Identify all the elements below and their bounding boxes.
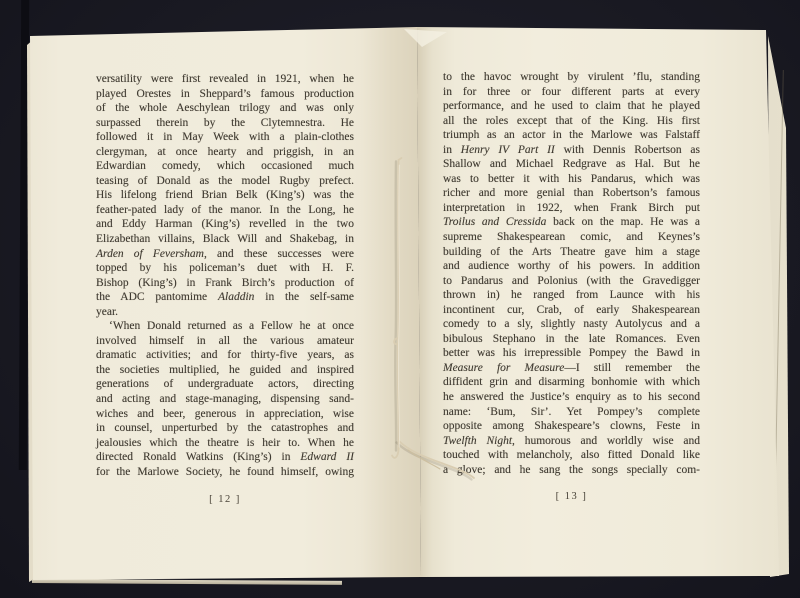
text-line: teasing of Donald as the model Rugby pre… bbox=[96, 174, 354, 189]
text-line: and audience worthy of his powers. In ad… bbox=[443, 259, 700, 274]
text-line: incontinent cur, Crab, of early Shakespe… bbox=[443, 303, 700, 318]
text-line: topped by his policeman’s duet with H. F… bbox=[96, 261, 354, 276]
text-line: directed Ronald Watkins (King’s) in Edwa… bbox=[96, 450, 354, 465]
text-line: to the havoc wrought by virulent ’flu, s… bbox=[443, 70, 700, 85]
text-line: and acting and stage-managing, dispensin… bbox=[96, 392, 354, 407]
text-line: of the whole Aeschylean trilogy and was … bbox=[96, 101, 354, 116]
text-line: involved himself in all the various amat… bbox=[96, 334, 354, 349]
text-line: year. bbox=[96, 305, 354, 320]
text-line: in for three or four different parts at … bbox=[443, 85, 700, 100]
text-line: all the roles except that of the King. H… bbox=[443, 114, 700, 129]
text-line: Bishop (King’s) in Frank Birch’s product… bbox=[96, 276, 354, 291]
text-line: the societies multiplied, he guided and … bbox=[96, 363, 354, 378]
right-page-number: [ 13 ] bbox=[443, 491, 700, 502]
text-line: feather-pated lady of the manor. In the … bbox=[96, 203, 354, 218]
left-page-text-column: versatility were first revealed in 1921,… bbox=[96, 72, 354, 479]
text-line: and Eddy Harman (King’s) revelled in the… bbox=[96, 217, 354, 232]
text-line: clergyman, at once hearty and priggish, … bbox=[96, 145, 354, 160]
text-line: Elizabethan villains, Black Will and Sha… bbox=[96, 232, 354, 247]
text-line: Troilus and Cressida back on the map. He… bbox=[443, 215, 700, 230]
page-stack-edge-bottom bbox=[32, 579, 342, 585]
text-line: Arden of Feversham, and these successes … bbox=[96, 247, 354, 262]
text-line: performance, and he used to claim that h… bbox=[443, 99, 700, 114]
text-line: versatility were first revealed in 1921,… bbox=[96, 72, 354, 87]
text-line: Measure for Measure—I still remember the bbox=[443, 361, 700, 376]
text-line: Edwardian comedy, which occasioned much bbox=[96, 159, 354, 174]
text-line: dramatic activities; and for thirty-five… bbox=[96, 348, 354, 363]
text-line: he answered the Justice’s enquiry as to … bbox=[443, 390, 700, 405]
text-line: in Henry IV Part II with Dennis Robertso… bbox=[443, 143, 700, 158]
text-line: followed it in May Week with a plain-clo… bbox=[96, 130, 354, 145]
text-line: diffident grin and disarming bonhomie wi… bbox=[443, 375, 700, 390]
text-line: touched with melancholy, also fitted Don… bbox=[443, 448, 700, 463]
text-line: name: ‘Bum, Sir’. Yet Pompey’s complete bbox=[443, 405, 700, 420]
text-line: supreme Shakespearean comic, and Keynes’… bbox=[443, 230, 700, 245]
text-line: interpretation in 1922, when Frank Birch… bbox=[443, 201, 700, 216]
text-line: jealousies which the theatre is heir to.… bbox=[96, 436, 354, 451]
text-line: played Orestes in Sheppard’s famous prod… bbox=[96, 87, 354, 102]
text-line: wiches and beer, generous in appreciatio… bbox=[96, 407, 354, 422]
text-line: Twelfth Night, humorous and worldly wise… bbox=[443, 434, 700, 449]
text-line: Shallow and Michael Redgrave as Hal. But… bbox=[443, 157, 700, 172]
text-line: richer and more genial than Robertson’s … bbox=[443, 186, 700, 201]
text-line: for the Marlowe Society, he found himsel… bbox=[96, 465, 354, 480]
right-page-text-column: to the havoc wrought by virulent ’flu, s… bbox=[443, 70, 700, 477]
text-line: thrown in) he ranged from Launce with hi… bbox=[443, 288, 700, 303]
text-line: ‘When Donald returned as a Fellow he at … bbox=[96, 319, 354, 334]
book-photograph: versatility were first revealed in 1921,… bbox=[0, 0, 800, 598]
text-line: in counsel, unperturbed by the catastrop… bbox=[96, 421, 354, 436]
text-line: was to better it with his Pandarus, whic… bbox=[443, 172, 700, 187]
text-line: a glove; and he sang the songs specially… bbox=[443, 463, 700, 478]
text-line: opposite among Shakespeare’s clowns, Fes… bbox=[443, 419, 700, 434]
text-line: the ADC pantomime Aladdin in the self-sa… bbox=[96, 290, 354, 305]
text-line: generations of undergraduate actors, dir… bbox=[96, 377, 354, 392]
left-page-number: [ 12 ] bbox=[96, 494, 354, 505]
text-line: bibulous Stephano in the late Romances. … bbox=[443, 332, 700, 347]
text-line: His lifelong friend Brian Belk (King’s) … bbox=[96, 188, 354, 203]
text-line: building of the Arts Theatre gave him a … bbox=[443, 245, 700, 260]
text-line: triumph as an actor in the Marlowe was F… bbox=[443, 128, 700, 143]
text-line: surpassed therein by the Clytemnestra. H… bbox=[96, 116, 354, 131]
text-line: comedy to a sly, slightly nasty Autolycu… bbox=[443, 317, 700, 332]
text-line: to Pandarus and Polonius (with the Grave… bbox=[443, 274, 700, 289]
text-line: better was his irrepressible Pompey the … bbox=[443, 346, 700, 361]
